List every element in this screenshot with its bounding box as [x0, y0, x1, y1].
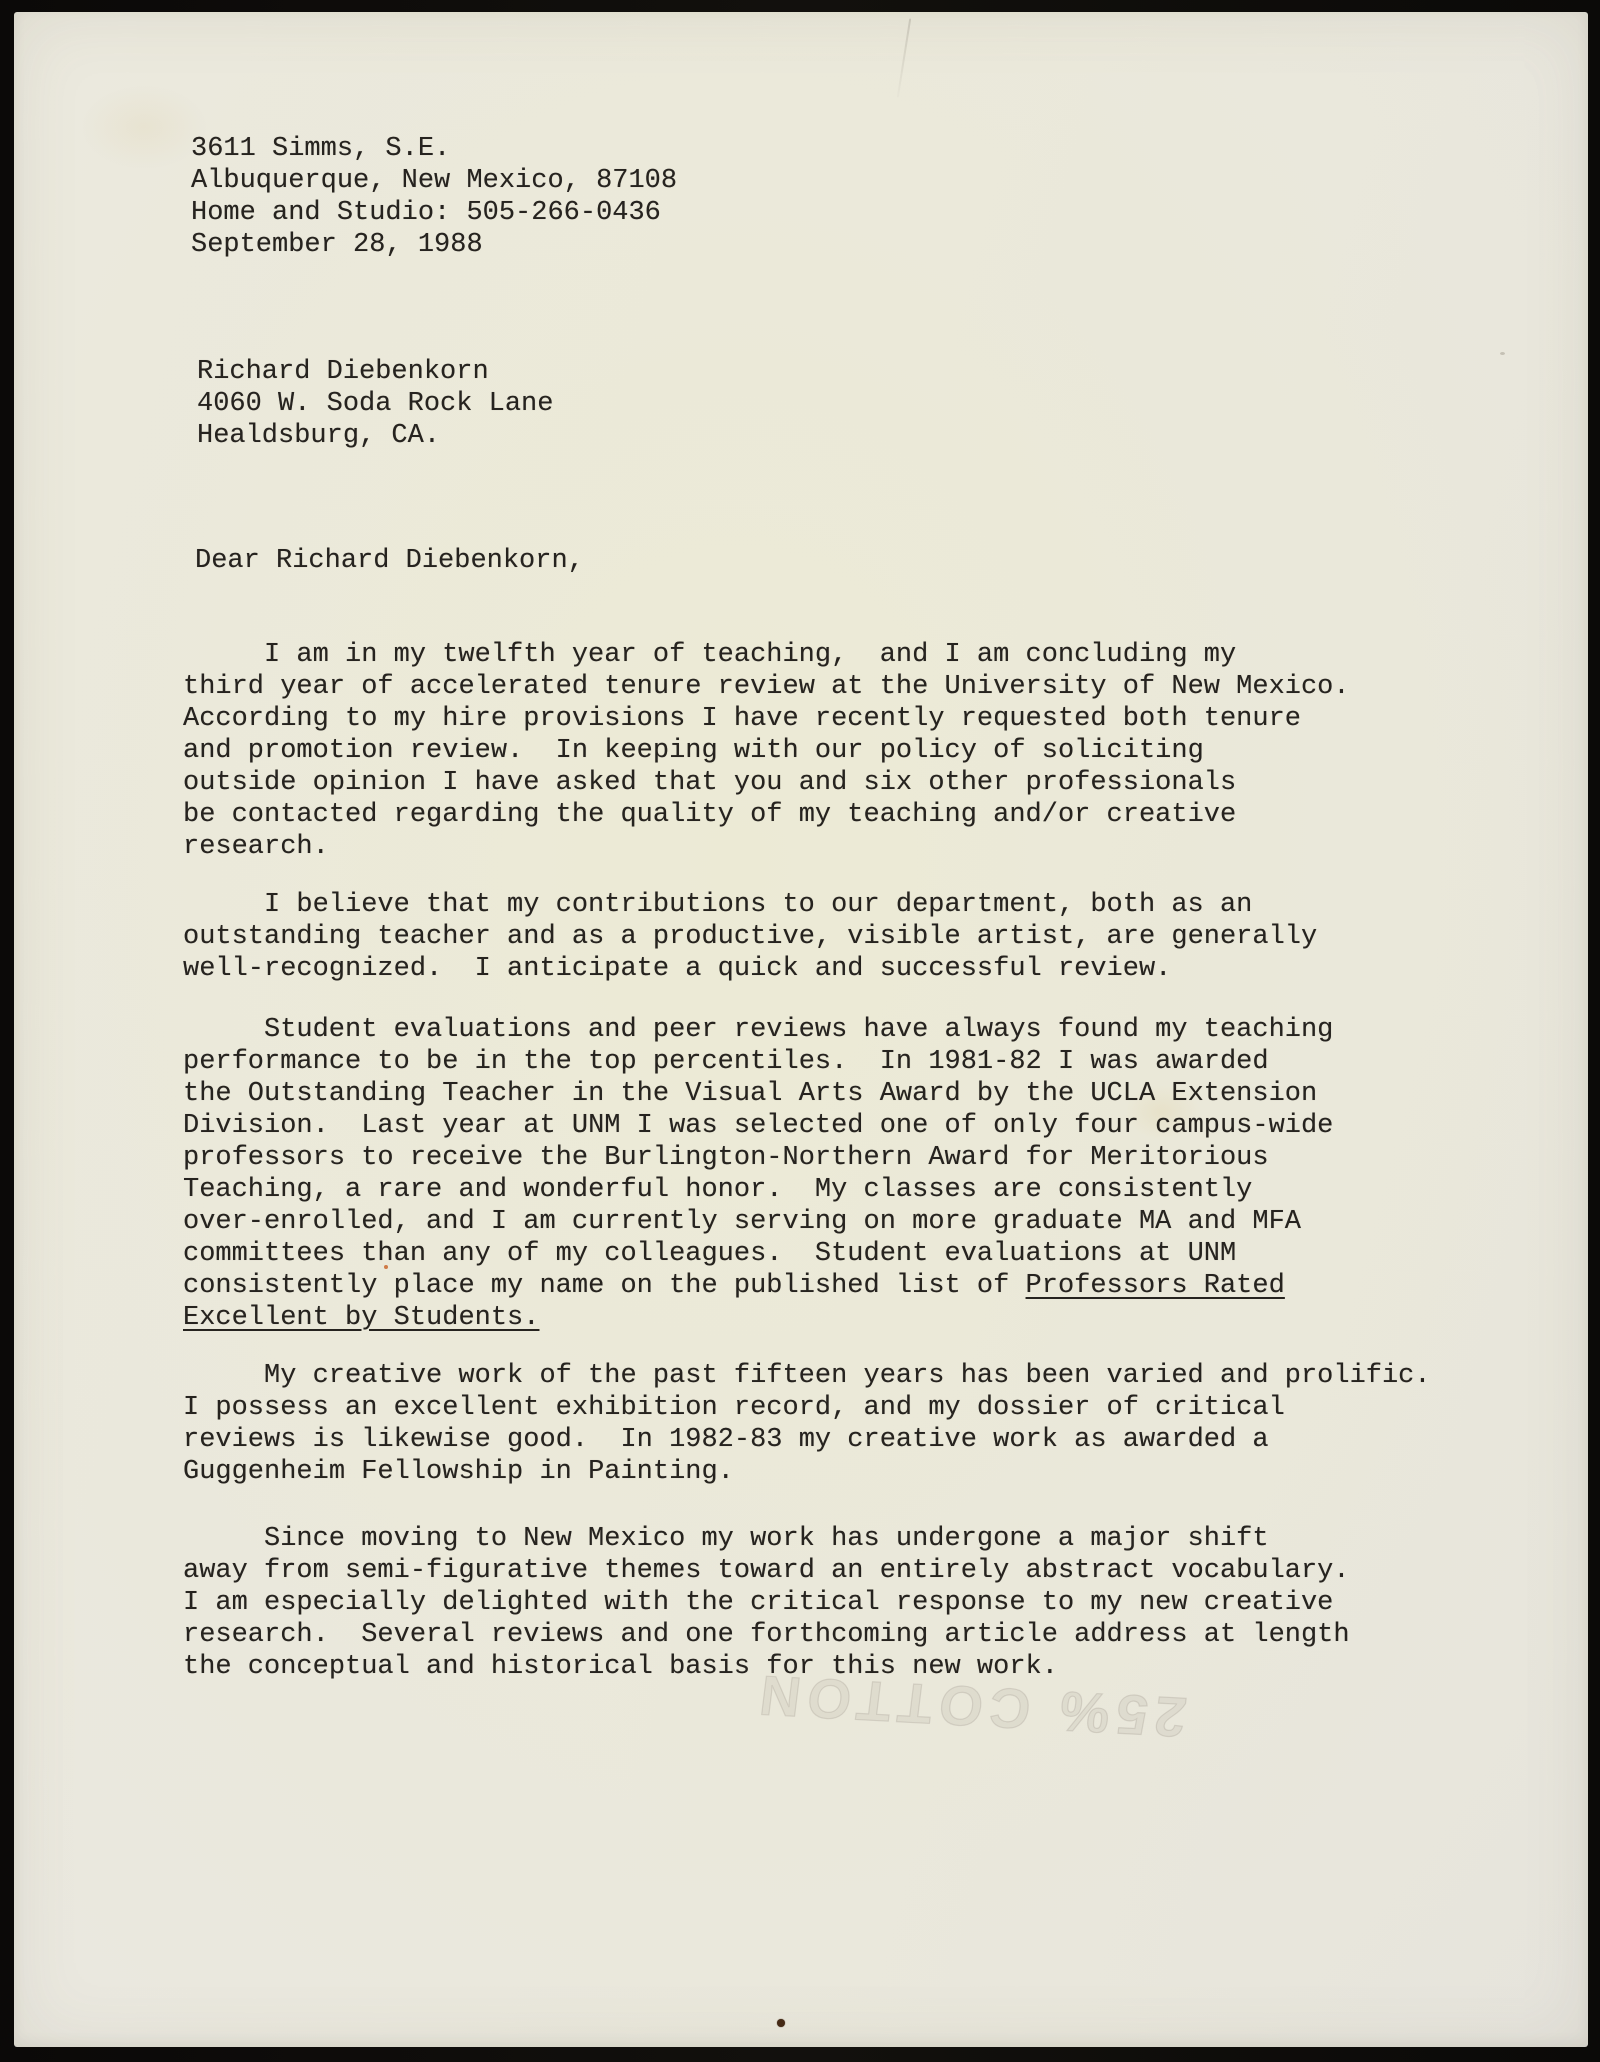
underlined-publication-title-line2: Excellent by Students. — [183, 1303, 539, 1333]
paragraph-3: Student evaluations and peer reviews hav… — [183, 1014, 1563, 1334]
paper-fleck — [1500, 352, 1505, 355]
sender-address-block: 3611 Simms, S.E. Albuquerque, New Mexico… — [191, 133, 677, 261]
scan-background: 3611 Simms, S.E. Albuquerque, New Mexico… — [0, 0, 1600, 2062]
ink-speck — [384, 1265, 388, 1269]
paragraph-5: Since moving to New Mexico my work has u… — [183, 1523, 1563, 1683]
recipient-address-block: Richard Diebenkorn 4060 W. Soda Rock Lan… — [197, 356, 553, 452]
brown-dot-mark — [777, 2019, 785, 2027]
paragraph-1: I am in my twelfth year of teaching, and… — [183, 639, 1563, 863]
paragraph-3-text: Student evaluations and peer reviews hav… — [183, 1015, 1333, 1301]
paper-crease — [897, 18, 911, 97]
letter-page: 3611 Simms, S.E. Albuquerque, New Mexico… — [14, 12, 1588, 2047]
underlined-publication-title-line1: Professors Rated — [1026, 1271, 1285, 1301]
paragraph-4: My creative work of the past fifteen yea… — [183, 1360, 1563, 1488]
paragraph-2: I believe that my contributions to our d… — [183, 889, 1563, 985]
salutation: Dear Richard Diebenkorn, — [195, 545, 584, 577]
